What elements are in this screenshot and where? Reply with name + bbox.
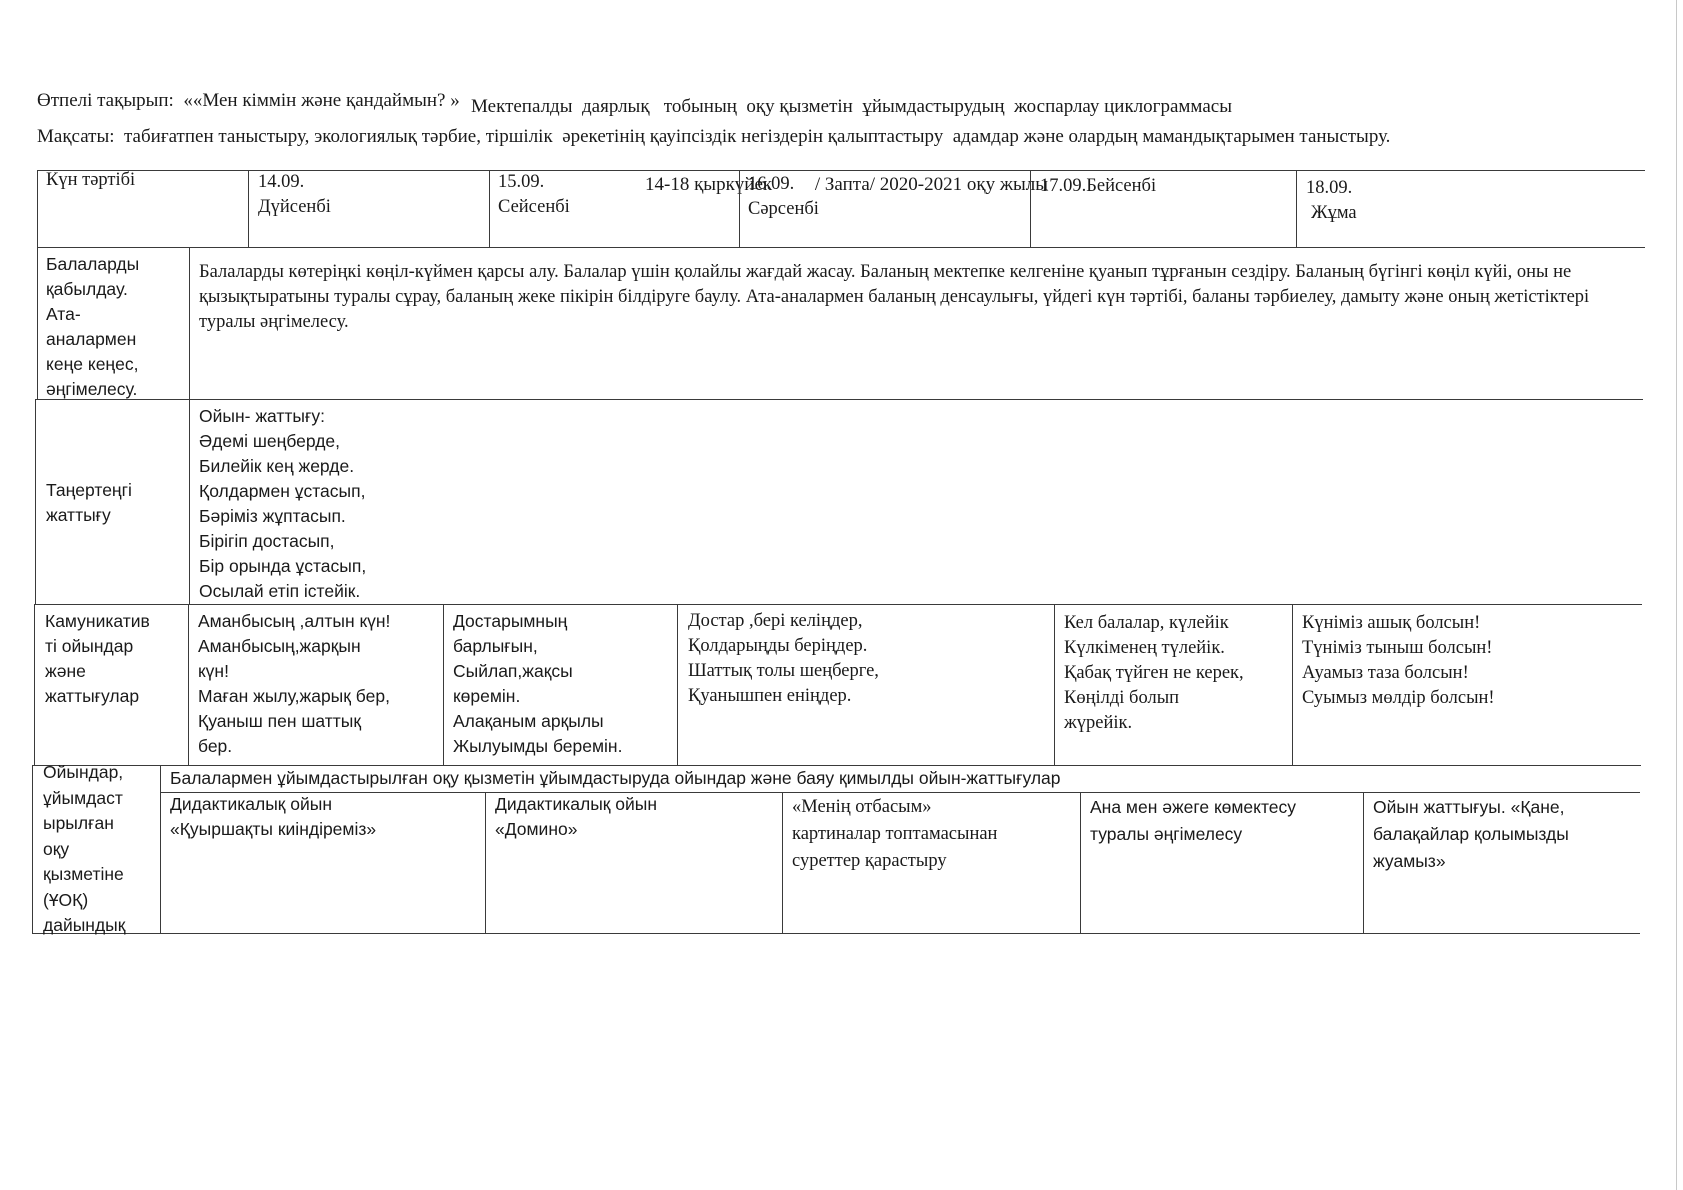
label-line: және [45, 659, 179, 684]
header-day-5: 18.09. Жұма [1298, 172, 1638, 230]
label-line: қызметіне [43, 862, 151, 888]
activity-line: балақайлар қолымызды [1373, 821, 1632, 848]
day-weekday: Сейсенбі [498, 195, 730, 220]
communicative-day-5: Күніміз ашық болсын! Түніміз тыныш болсы… [1294, 607, 1639, 715]
activity-line: Дидактикалық ойын [170, 792, 476, 817]
topic-label: Өтпелі тақырып: [37, 90, 174, 111]
poem-line: Сыйлап,жақсы [453, 659, 669, 684]
poem-line: Қуаныш пен шаттық [198, 709, 434, 734]
reception-label: Балаларды қабылдау. Ата- аналармен кеңе … [38, 248, 188, 406]
day-weekday: Жұма [1306, 201, 1630, 226]
day-date: 18.09. [1306, 176, 1630, 201]
header-schedule-label: Күн тәртібі [38, 164, 248, 197]
goal-value: табиғатпен таныстыру, экологиялық тәрбие… [124, 126, 1390, 147]
activities-day-5: Ойын жаттығуы. «Қане, балақайлар қолымыз… [1365, 790, 1640, 879]
poem-line: Достар ,бері келіңдер, [688, 609, 1044, 634]
day-date: 17.09.Бейсенбі [1040, 174, 1286, 199]
goal: Мақсаты: табиғатпен таныстыру, экологиял… [37, 124, 1390, 150]
label-line: дайындық [43, 913, 151, 939]
goal-label: Мақсаты: [37, 126, 115, 147]
poem-line: Қолдармен ұстасып, [199, 479, 683, 504]
label-line: кеңе кеңес, [46, 352, 180, 377]
poem-line: барлығын, [453, 634, 669, 659]
label-line: оқу [43, 837, 151, 863]
activity-line: туралы әңгімелесу [1090, 821, 1354, 848]
day-weekday: Дүйсенбі [258, 195, 480, 220]
topic: Өтпелі тақырып: ««Мен кіммін және қандай… [37, 88, 460, 114]
poem-line: бер. [198, 734, 434, 759]
morning-exercise-label: Таңертеңгі жаттығу [38, 474, 188, 532]
col-divider [443, 604, 444, 765]
communicative-day-1: Аманбысың ,алтын күн! Аманбысың,жарқын к… [190, 605, 442, 763]
label-line: жаттығу [46, 503, 180, 528]
header-day-3: 16.09. Сәрсенбі [740, 168, 1028, 226]
activity-line: «Домино» [495, 817, 773, 842]
poem-line: Әдемі шеңберде, [199, 429, 683, 454]
table-border [32, 765, 33, 933]
activity-line: Ойын жаттығуы. «Қане, [1373, 794, 1632, 821]
label-line: жаттығулар [45, 684, 179, 709]
poem-line: Аманбысың,жарқын [198, 634, 434, 659]
poem-line: Күніміз ашық болсын! [1302, 611, 1631, 636]
schedule-label-text: Күн тәртібі [46, 170, 135, 190]
col-divider [189, 247, 190, 399]
label-line: Балаларды [46, 252, 180, 277]
col-divider [248, 170, 249, 247]
table-border [32, 933, 1640, 934]
activity-line: жуамыз» [1373, 848, 1632, 875]
poem-line: Ойын- жаттығу: [199, 404, 683, 429]
table-border [35, 399, 36, 605]
poem-line: Осылай етіп істейік. [199, 579, 683, 604]
col-divider [485, 792, 486, 933]
poem-line: Билейік кең жерде. [199, 454, 683, 479]
poem-line: Бірігіп достасып, [199, 529, 683, 554]
label-line: аналармен [46, 327, 180, 352]
activity-line: «Менің отбасым» [792, 794, 1070, 821]
col-divider [188, 604, 189, 765]
col-divider [1080, 792, 1081, 933]
header-day-1: 14.09. Дүйсенбі [250, 166, 488, 224]
poem-line: Күлкіменең түлейік. [1064, 636, 1283, 661]
day-weekday: Сәрсенбі [748, 197, 1020, 222]
header-day-4: 17.09.Бейсенбі [1032, 170, 1294, 203]
label-line: қабылдау. [46, 277, 180, 302]
poem-line: Шаттық толы шеңберге, [688, 659, 1044, 684]
col-divider [1054, 604, 1055, 765]
label-line: әңгімелесу. [46, 377, 180, 402]
activity-line: суреттер қарастыру [792, 848, 1070, 875]
poem-line: Жылуымды беремін. [453, 734, 669, 759]
activities-day-1: Дидактикалық ойын «Қуыршақты киіндіреміз… [162, 788, 484, 846]
communicative-day-3: Достар ,бері келіңдер, Қолдарыңды беріңд… [680, 605, 1052, 713]
day-date: 14.09. [258, 170, 480, 195]
col-divider [677, 604, 678, 765]
activity-line: «Қуыршақты киіндіреміз» [170, 817, 476, 842]
poem-line: Көңілді болып [1064, 686, 1283, 711]
topic-value: ««Мен кіммін және қандаймын? » [183, 90, 459, 111]
poem-line: Суымыз мөлдір болсын! [1302, 686, 1631, 711]
communicative-label: Камуникатив ті ойындар және жаттығулар [37, 605, 187, 713]
col-divider [1363, 792, 1364, 933]
poem-line: жүрейік. [1064, 711, 1283, 736]
col-divider [782, 792, 783, 933]
label-line: Камуникатив [45, 609, 179, 634]
label-line: ұйымдаст [43, 786, 151, 812]
activities-intro: Балалармен ұйымдастырылған оқу қызметін … [162, 764, 1632, 790]
label-line: ырылған [43, 811, 151, 837]
poem-line: Алақаным арқылы [453, 709, 669, 734]
activities-day-2: Дидактикалық ойын «Домино» [487, 788, 781, 846]
label-line: Ойындар, [43, 760, 151, 786]
col-divider [1030, 170, 1031, 247]
poem-line: Ауамыз таза болсын! [1302, 661, 1631, 686]
col-divider [1296, 170, 1297, 247]
header-day-2: 15.09. Сейсенбі [490, 166, 738, 224]
poem-line: Бір орында ұстасып, [199, 554, 683, 579]
day-date: 15.09. [498, 170, 730, 195]
communicative-day-2: Достарымның барлығын, Сыйлап,жақсы көрем… [445, 605, 677, 763]
activities-day-4: Ана мен әжеге көмектесу туралы әңгімелес… [1082, 790, 1362, 852]
table-border [34, 604, 35, 766]
label-line: (ҰОҚ) [43, 888, 151, 914]
activities-label: Ойындар, ұйымдаст ырылған оқу қызметіне … [35, 756, 159, 943]
morning-exercise-text: Ойын- жаттығу: Әдемі шеңберде, Билейік к… [191, 400, 691, 608]
poem-line: Түніміз тыныш болсын! [1302, 636, 1631, 661]
activities-day-3: «Менің отбасым» картиналар топтамасынан … [784, 790, 1078, 879]
label-line: Ата- [46, 302, 180, 327]
col-divider [1292, 604, 1293, 765]
activity-line: картиналар топтамасынан [792, 821, 1070, 848]
poem-line: Маған жылу,жарық бер, [198, 684, 434, 709]
day-date: 16.09. [748, 172, 1020, 197]
poem-line: күн! [198, 659, 434, 684]
col-divider [160, 765, 161, 933]
poem-line: Аманбысың ,алтын күн! [198, 609, 434, 634]
poem-line: Қуанышпен еніңдер. [688, 684, 1044, 709]
poem-line: көремін. [453, 684, 669, 709]
poem-line: Кел балалар, күлейік [1064, 611, 1283, 636]
communicative-day-4: Кел балалар, күлейік Күлкіменең түлейік.… [1056, 607, 1291, 740]
label-line: Таңертеңгі [46, 478, 180, 503]
poem-line: Қабақ түйген не керек, [1064, 661, 1283, 686]
poem-line: Достарымның [453, 609, 669, 634]
activity-line: Дидактикалық ойын [495, 792, 773, 817]
col-divider [189, 399, 190, 605]
row-divider [37, 247, 1645, 248]
activity-line: Ана мен әжеге көмектесу [1090, 794, 1354, 821]
reception-text: Балаларды көтеріңкі көңіл-күймен қарсы а… [191, 256, 1641, 339]
poem-line: Бәріміз жұптасып. [199, 504, 683, 529]
label-line: ті ойындар [45, 634, 179, 659]
poem-line: Қолдарыңды беріңдер. [688, 634, 1044, 659]
